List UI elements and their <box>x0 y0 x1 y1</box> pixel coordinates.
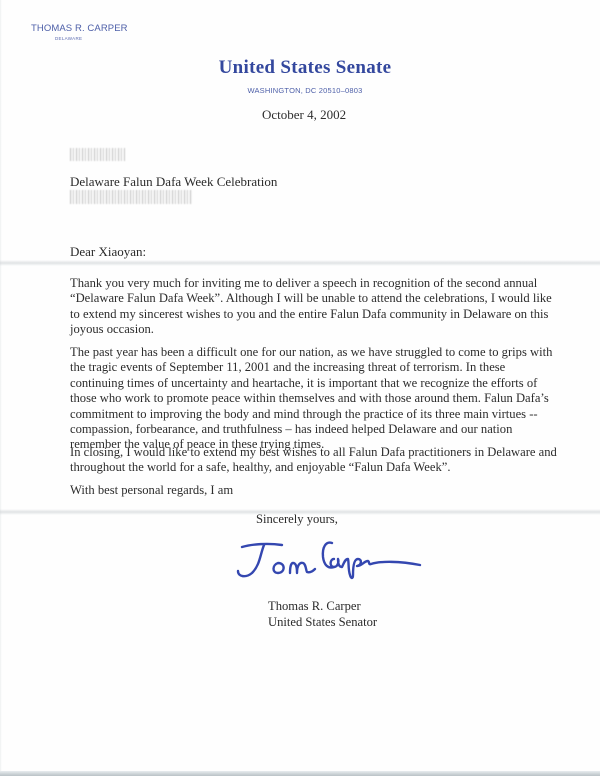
fold-crease-upper <box>0 260 600 266</box>
letter-date: October 4, 2002 <box>262 107 346 123</box>
letterhead-institution: United States Senate <box>210 57 400 79</box>
letterhead-address: WASHINGTON, DC 20510–0803 <box>230 86 380 95</box>
sender-state: DELAWARE <box>55 36 82 41</box>
signer-name: Thomas R. Carper <box>268 599 361 614</box>
text-line: With best personal regards, I am <box>70 483 570 498</box>
text-line: the tragic events of September 11, 2001 … <box>70 360 570 375</box>
text-line: In closing, I would like to extend my be… <box>70 445 570 460</box>
redacted-recipient-address <box>70 190 192 204</box>
paragraph-invitation: Thank you very much for inviting me to d… <box>70 276 570 338</box>
recipient-subject-line: Delaware Falun Dafa Week Celebration <box>70 174 277 190</box>
complimentary-close: Sincerely yours, <box>256 512 338 527</box>
handwritten-signature <box>230 535 450 585</box>
text-line: The past year has been a difficult one f… <box>70 345 570 360</box>
signer-title: United States Senator <box>268 615 377 630</box>
text-line: continuing times of uncertainty and hear… <box>70 376 570 391</box>
text-line: “Delaware Falun Dafa Week”. Although I w… <box>70 291 570 306</box>
page-edge-bottom <box>0 771 600 776</box>
text-line: throughout the world for a safe, healthy… <box>70 460 570 475</box>
page-edge-left <box>0 0 2 776</box>
text-line: compassion, forbearance, and truthfulnes… <box>70 422 570 437</box>
salutation: Dear Xiaoyan: <box>70 244 146 260</box>
redacted-recipient-name <box>70 148 125 161</box>
sender-name: THOMAS R. CARPER <box>31 23 128 34</box>
letter-page: THOMAS R. CARPER DELAWARE United States … <box>0 0 600 776</box>
text-line: joyous occasion. <box>70 322 570 337</box>
text-line: commitment to improving the body and min… <box>70 407 570 422</box>
text-line: those who work to promote peace within t… <box>70 391 570 406</box>
paragraph-regards: With best personal regards, I am <box>70 483 570 498</box>
paragraph-past-year: The past year has been a difficult one f… <box>70 345 570 453</box>
text-line: to extend my sincerest wishes to you and… <box>70 307 570 322</box>
text-line: Thank you very much for inviting me to d… <box>70 276 570 291</box>
paragraph-closing-wishes: In closing, I would like to extend my be… <box>70 445 570 476</box>
